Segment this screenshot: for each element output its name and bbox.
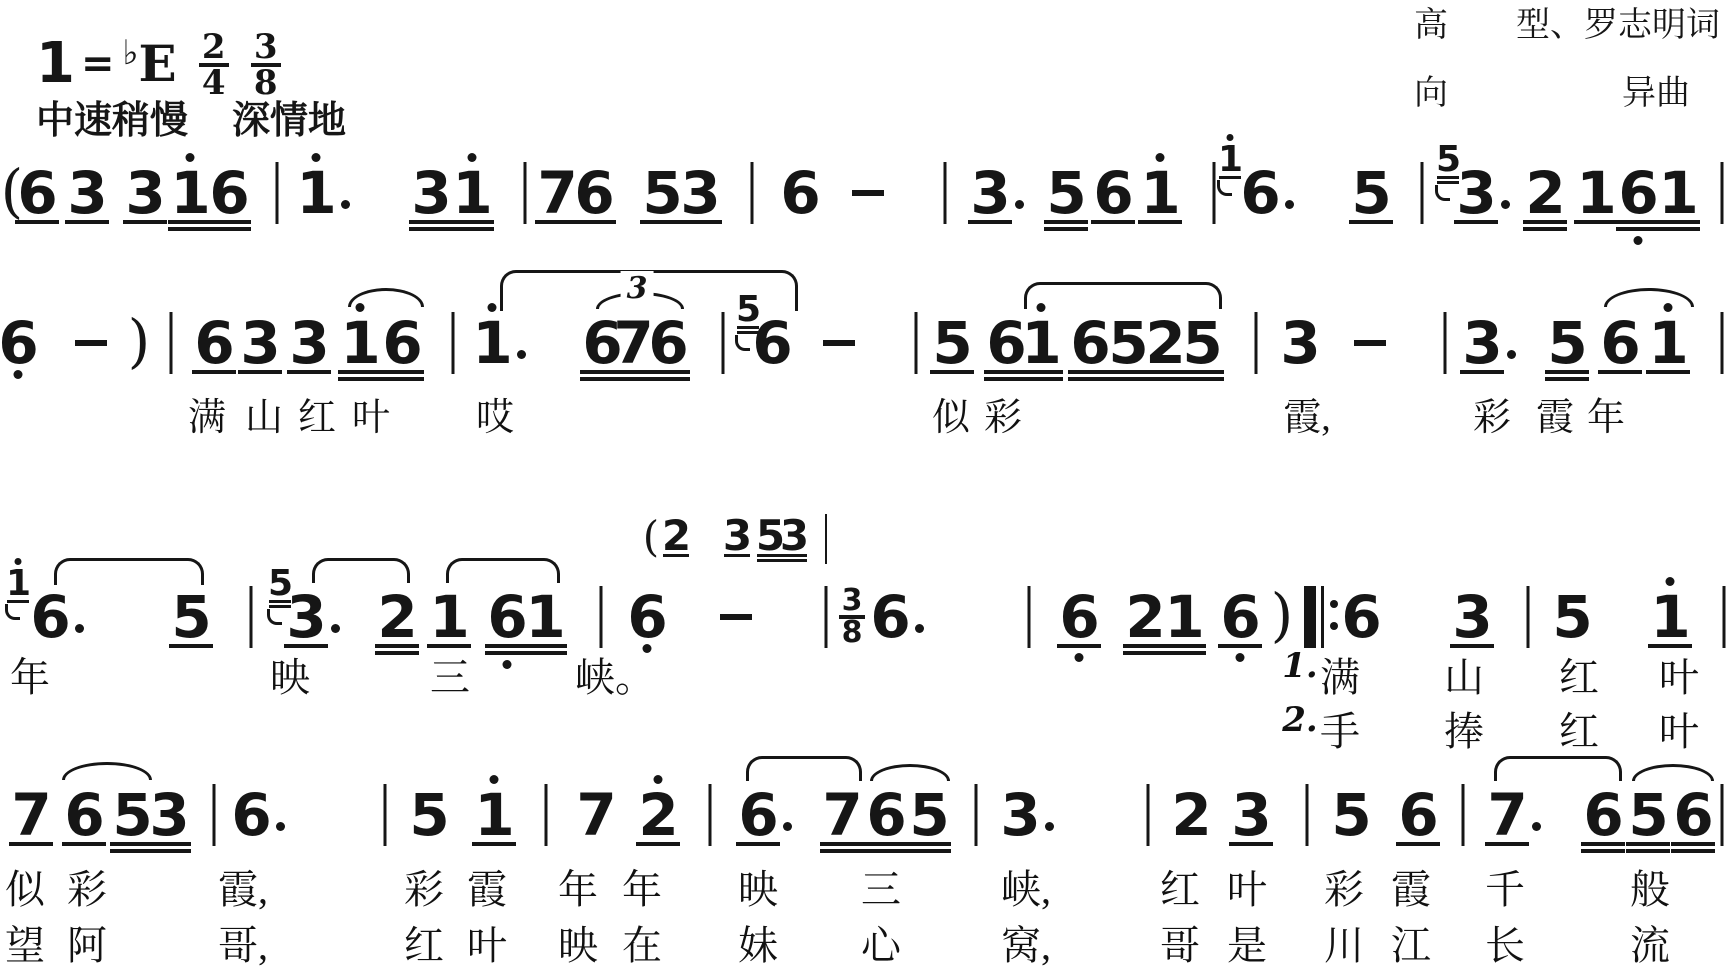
slur bbox=[1604, 288, 1694, 307]
lyric-syllable: 叶 bbox=[467, 914, 507, 968]
note: 6 bbox=[644, 318, 692, 381]
lyrics-row: 似彩霞,彩霞年年映三峡,红叶彩霞千般 bbox=[0, 858, 1726, 902]
note: 1 bbox=[1136, 168, 1184, 224]
note: 6 bbox=[227, 790, 275, 838]
note: 6 bbox=[26, 592, 74, 640]
augmentation-dot bbox=[1045, 822, 1054, 831]
lyric-syllable: 似 bbox=[932, 386, 970, 441]
octave-dot-high bbox=[654, 775, 663, 784]
cue-note: 3 bbox=[719, 518, 755, 557]
time-sig-part: 3 bbox=[839, 588, 865, 614]
note: 5 bbox=[928, 318, 976, 374]
note-digit: 6 bbox=[776, 168, 824, 216]
octave-dot-high bbox=[488, 303, 497, 312]
note: 3 bbox=[1448, 592, 1496, 648]
lyric-syllable: 彩 bbox=[1324, 858, 1364, 915]
note: 1 bbox=[1646, 592, 1694, 648]
note-digit: 6 bbox=[1337, 592, 1385, 640]
meter-denominator: 4 bbox=[199, 68, 229, 98]
note-digit: 3 bbox=[1276, 318, 1324, 366]
octave-dot-high bbox=[15, 558, 22, 565]
duration-underline bbox=[1523, 227, 1567, 231]
note: 5 bbox=[1042, 168, 1090, 231]
note-digit: 3 bbox=[719, 518, 755, 552]
note: 6 bbox=[734, 790, 782, 846]
note: 6 bbox=[862, 790, 910, 853]
note: 3 bbox=[282, 592, 330, 648]
lyric-syllable: 三 bbox=[861, 858, 901, 915]
note-digit: 3 bbox=[282, 592, 330, 640]
note: 3 bbox=[1276, 318, 1324, 366]
slur bbox=[1024, 282, 1222, 309]
lyric-syllable: 哥, bbox=[218, 914, 268, 968]
lyric-syllable: 满 bbox=[1320, 646, 1360, 703]
barline bbox=[524, 162, 527, 224]
lyric-syllable: 长 bbox=[1485, 914, 1525, 968]
note-digit: 3 bbox=[676, 168, 724, 216]
note: 6 bbox=[13, 168, 61, 224]
half-note-dash bbox=[823, 340, 855, 346]
duration-underline bbox=[1180, 377, 1224, 381]
note-digit: 3 bbox=[1227, 790, 1275, 838]
augmentation-dot bbox=[331, 624, 340, 633]
note-digit: 1 bbox=[470, 790, 518, 838]
note-digit: 6 bbox=[644, 318, 692, 366]
barline bbox=[276, 162, 279, 224]
note: 5 bbox=[1624, 790, 1672, 853]
lyric-syllable: 哥 bbox=[1160, 914, 1200, 968]
lyric-syllable: 霞, bbox=[1283, 386, 1331, 441]
note: 3 bbox=[996, 790, 1044, 838]
note-digit: 3 bbox=[145, 790, 193, 838]
lyric-syllable: 心 bbox=[861, 914, 901, 968]
note: 3 bbox=[676, 168, 724, 224]
close-paren: ) bbox=[128, 312, 151, 370]
lyric-syllable: 千 bbox=[1485, 858, 1525, 915]
augmentation-dot bbox=[517, 350, 526, 359]
time-signature-2-4: 24 bbox=[199, 32, 229, 98]
lyric-syllable: 阿 bbox=[67, 914, 107, 968]
barline bbox=[1255, 312, 1258, 374]
lyric-syllable: 年 bbox=[558, 858, 598, 915]
note-digit: 6 bbox=[1089, 168, 1137, 216]
lyric-syllable: 红 bbox=[1559, 700, 1599, 757]
grace-hook bbox=[1435, 185, 1450, 201]
lyric-syllable: 叶 bbox=[352, 386, 390, 441]
duration-underline bbox=[1019, 377, 1063, 381]
repeat-thick-bar bbox=[1304, 586, 1316, 648]
lyricist-credit: 型、罗志明词 bbox=[1516, 8, 1720, 44]
note: 6 bbox=[1394, 790, 1442, 846]
note-digit: 5 bbox=[1624, 790, 1672, 838]
repeat-begin-sign bbox=[1304, 586, 1338, 648]
barline bbox=[1721, 162, 1724, 224]
note-digit: 1 bbox=[1136, 168, 1184, 216]
duration-underline bbox=[338, 377, 382, 381]
lyric-syllable: 山 bbox=[245, 386, 283, 441]
note: 5 bbox=[1543, 318, 1591, 381]
time-signature-3-8: 38 bbox=[251, 32, 281, 98]
note-digit: 3 bbox=[63, 168, 111, 216]
note: 6 bbox=[623, 592, 671, 640]
note-digit: 1 bbox=[1654, 168, 1702, 216]
verse-number: 1. bbox=[1282, 646, 1318, 686]
lyric-syllable: 映 bbox=[558, 914, 598, 968]
grace-hook bbox=[1217, 180, 1232, 196]
note: 1 bbox=[470, 790, 518, 846]
barline bbox=[170, 312, 173, 374]
octave-dot-high bbox=[468, 153, 477, 162]
lyric-syllable: 红 bbox=[1160, 858, 1200, 915]
note-digit: 7 bbox=[1483, 790, 1531, 838]
note-digit: 1 bbox=[1646, 592, 1694, 640]
note-digit: 6 bbox=[748, 318, 796, 366]
cue-note: 2 bbox=[658, 518, 694, 557]
lyrics-row: 满山红叶哎似彩霞,彩霞年 bbox=[0, 386, 1726, 430]
note: 3 bbox=[121, 168, 169, 224]
slur bbox=[870, 764, 950, 781]
barline bbox=[250, 586, 253, 648]
barline bbox=[1306, 784, 1309, 846]
duration-underline bbox=[820, 849, 864, 853]
note: 3 bbox=[236, 318, 284, 374]
note-digit: 6 bbox=[1669, 790, 1717, 838]
note-digit: 5 bbox=[1347, 168, 1395, 216]
lyric-syllable: 红 bbox=[298, 386, 336, 441]
note: 6 bbox=[1089, 168, 1137, 224]
note: 5 bbox=[905, 790, 953, 853]
note: 5 bbox=[1548, 592, 1596, 640]
barline bbox=[722, 312, 725, 374]
lyric-syllable: 似 bbox=[5, 858, 45, 915]
duration-underline bbox=[907, 849, 951, 853]
note-digit: 6 bbox=[623, 592, 671, 640]
note: 6 bbox=[1579, 790, 1627, 853]
grace-hook bbox=[267, 609, 282, 625]
lyric-syllable: 流 bbox=[1630, 914, 1670, 968]
note-digit: 3 bbox=[966, 168, 1014, 216]
slur bbox=[348, 288, 424, 307]
note-digit: 6 bbox=[1579, 790, 1627, 838]
close-paren: ) bbox=[1271, 586, 1294, 644]
octave-dot-high bbox=[1156, 153, 1165, 162]
note-digit: 3 bbox=[236, 318, 284, 366]
note-digit: 2 bbox=[1521, 168, 1569, 216]
time-sig-part: 8 bbox=[839, 620, 865, 646]
slur bbox=[54, 558, 204, 585]
note: 6 bbox=[866, 592, 914, 640]
note-digit: 5 bbox=[1548, 592, 1596, 640]
lyric-syllable: 映 bbox=[270, 646, 310, 703]
lyric-syllable: 峡, bbox=[1001, 858, 1051, 915]
barline bbox=[975, 784, 978, 846]
duration-underline bbox=[147, 849, 191, 853]
barline bbox=[452, 312, 455, 374]
note-digit: 6 bbox=[0, 318, 42, 366]
note-digit: 2 bbox=[373, 592, 421, 640]
verse-number: 2. bbox=[1282, 700, 1318, 740]
barline bbox=[1721, 312, 1724, 374]
lyric-syllable: 彩 bbox=[404, 858, 444, 915]
octave-dot-high bbox=[1227, 134, 1234, 141]
half-note-dash bbox=[852, 190, 884, 196]
lyric-syllable: 叶 bbox=[1659, 646, 1699, 703]
octave-dot-low bbox=[14, 370, 23, 379]
note-digit: 6 bbox=[734, 790, 782, 838]
octave-dot-low bbox=[1634, 236, 1643, 245]
lyric-syllable: 手 bbox=[1320, 700, 1360, 757]
augmentation-dot bbox=[75, 624, 84, 633]
note-digit: 2 bbox=[658, 518, 694, 552]
lyric-syllable: 彩 bbox=[1473, 386, 1511, 441]
note-digit: 6 bbox=[26, 592, 74, 640]
note: 7 bbox=[818, 790, 866, 853]
augmentation-dot bbox=[783, 822, 792, 831]
slur bbox=[746, 756, 862, 781]
barline bbox=[545, 784, 548, 846]
sheet-music-page: 1=♭E2438 中速稍慢深情地 高 型、罗志明词 向 异曲 (63316131… bbox=[0, 0, 1726, 968]
barline bbox=[1723, 586, 1726, 648]
note: 1 bbox=[1572, 168, 1620, 224]
duration-underline bbox=[409, 227, 453, 231]
note: 6 bbox=[570, 168, 618, 224]
barline bbox=[709, 784, 712, 846]
note: 6 bbox=[1236, 168, 1284, 216]
lyric-syllable: 霞 bbox=[467, 858, 507, 915]
note: 5 bbox=[167, 592, 215, 648]
note-digit: 6 bbox=[1236, 168, 1284, 216]
note-digit: 2 bbox=[1167, 790, 1215, 838]
flat-icon: ♭ bbox=[122, 33, 138, 73]
note: 7 bbox=[1483, 790, 1531, 846]
slur bbox=[62, 762, 152, 780]
note-digit: 3 bbox=[1452, 168, 1500, 216]
note: 3 bbox=[1458, 318, 1506, 374]
meter-denominator: 8 bbox=[251, 68, 281, 98]
barline bbox=[825, 514, 827, 564]
note-digit: 6 bbox=[866, 592, 914, 640]
lyric-syllable: 霞, bbox=[218, 858, 268, 915]
barline bbox=[1444, 312, 1447, 374]
slur bbox=[1632, 764, 1714, 781]
note: 6 bbox=[1669, 790, 1717, 853]
lyric-syllable: 红 bbox=[404, 914, 444, 968]
note-digit: 1 bbox=[292, 168, 340, 216]
lyrics-row: 望阿哥,红叶映在妹心窝,哥是川江长流 bbox=[0, 914, 1726, 958]
slur bbox=[446, 558, 560, 583]
augmentation-dot bbox=[1501, 200, 1510, 209]
note-digit: 6 bbox=[190, 318, 238, 366]
note: 6 bbox=[378, 318, 426, 381]
note-digit: 7 bbox=[818, 790, 866, 838]
duration-underline bbox=[1671, 849, 1715, 853]
barline bbox=[915, 312, 918, 374]
lyric-syllable: 妹 bbox=[738, 914, 778, 968]
barline bbox=[1527, 586, 1530, 648]
note: 6 bbox=[205, 168, 253, 231]
note-digit: 1 bbox=[448, 168, 496, 216]
octave-dot-high bbox=[312, 153, 321, 162]
note-digit: 6 bbox=[205, 168, 253, 216]
note: 1 bbox=[1017, 318, 1065, 381]
duration-underline bbox=[207, 227, 251, 231]
augmentation-dot bbox=[341, 200, 350, 209]
lyric-syllable: 捧 bbox=[1444, 700, 1484, 757]
lyric-syllable: 是 bbox=[1227, 914, 1267, 968]
half-note-dash bbox=[1354, 340, 1386, 346]
barline bbox=[1421, 162, 1424, 224]
barline bbox=[944, 162, 947, 224]
duration-underline bbox=[1044, 227, 1088, 231]
note-digit: 5 bbox=[905, 790, 953, 838]
note-digit: 6 bbox=[1216, 592, 1264, 640]
note: 5 bbox=[1178, 318, 1226, 381]
note-digit: 6 bbox=[1394, 790, 1442, 838]
augmentation-dot bbox=[1507, 350, 1516, 359]
barline bbox=[600, 586, 603, 648]
composer-surname: 向 bbox=[1414, 76, 1448, 112]
duration-underline bbox=[450, 227, 494, 231]
note: 3 bbox=[285, 318, 333, 374]
barline bbox=[1147, 784, 1150, 846]
note: 5 bbox=[1347, 168, 1395, 224]
note: 1 bbox=[425, 592, 473, 648]
lyric-syllable: 三 bbox=[430, 646, 470, 703]
note-digit: 5 bbox=[1543, 318, 1591, 366]
note-digit: 3 bbox=[121, 168, 169, 216]
tempo-marking: 中速稍慢深情地 bbox=[36, 100, 346, 140]
note-digit: 6 bbox=[570, 168, 618, 216]
note-digit: 7 bbox=[7, 790, 55, 838]
note: 5 bbox=[1327, 790, 1375, 838]
equals-sign: = bbox=[81, 41, 115, 87]
lyric-syllable: 窝, bbox=[1001, 914, 1051, 968]
lyrics-row: 年映三峡。1.满山红叶 bbox=[0, 646, 1726, 690]
half-note-dash bbox=[720, 614, 752, 620]
note-digit: 6 bbox=[862, 790, 910, 838]
duration-underline bbox=[864, 849, 908, 853]
lyric-syllable: 叶 bbox=[1227, 858, 1267, 915]
note-digit: 5 bbox=[167, 592, 215, 640]
note: 6 bbox=[776, 168, 824, 216]
note-digit: 1 bbox=[468, 318, 516, 366]
barline bbox=[1462, 784, 1465, 846]
note-digit: 3 bbox=[1458, 318, 1506, 366]
note-digit: 7 bbox=[572, 790, 620, 838]
note: 1 bbox=[336, 318, 384, 381]
cue-note: 3 bbox=[776, 518, 812, 562]
note-digit: 1 bbox=[336, 318, 384, 366]
duration-underline bbox=[1545, 377, 1589, 381]
notation-system: (63316131765363561165532161 bbox=[0, 168, 1726, 248]
note: 1 bbox=[448, 168, 496, 231]
lyric-syllable: 哎 bbox=[476, 386, 514, 441]
barline bbox=[1721, 784, 1724, 846]
lyric-syllable: 霞 bbox=[1536, 386, 1574, 441]
augmentation-dot bbox=[1532, 822, 1541, 831]
duration-underline bbox=[1626, 849, 1670, 853]
octave-dot-high bbox=[1666, 577, 1675, 586]
half-note-dash bbox=[75, 340, 107, 346]
note-digit: 6 bbox=[378, 318, 426, 366]
meter-numerator: 3 bbox=[251, 32, 281, 62]
note: 6 bbox=[0, 318, 42, 366]
note-digit: 1 bbox=[1017, 318, 1065, 366]
note: 3 bbox=[966, 168, 1014, 224]
lyric-syllable: 山 bbox=[1444, 646, 1484, 703]
note-digit: 3 bbox=[1448, 592, 1496, 640]
note: 3 bbox=[1452, 168, 1500, 224]
lyricist-surname: 高 bbox=[1414, 8, 1448, 44]
lyric-syllable: 望 bbox=[5, 914, 45, 968]
barline bbox=[751, 162, 754, 224]
note-digit: 5 bbox=[1042, 168, 1090, 216]
note-digit: 5 bbox=[1178, 318, 1226, 366]
augmentation-dot bbox=[1015, 200, 1024, 209]
key-letter: E bbox=[139, 34, 177, 93]
barline bbox=[1028, 586, 1031, 648]
lyrics-row: 2.手捧红叶 bbox=[0, 700, 1726, 744]
composer-credit: 异曲 bbox=[1622, 76, 1690, 112]
note-digit: 5 bbox=[405, 790, 453, 838]
note: 7 bbox=[7, 790, 55, 846]
slur bbox=[1494, 756, 1622, 781]
barline bbox=[213, 784, 216, 846]
octave-dot-high bbox=[490, 775, 499, 784]
duration-underline bbox=[646, 377, 690, 381]
note: 6 bbox=[60, 790, 108, 846]
note: 3 bbox=[63, 168, 111, 224]
note: 1 bbox=[1654, 168, 1702, 231]
note-digit: 2 bbox=[634, 790, 682, 838]
note-digit: 6 bbox=[60, 790, 108, 838]
note: 1 bbox=[1644, 318, 1692, 374]
octave-dot-high bbox=[186, 153, 195, 162]
lyric-syllable: 彩 bbox=[67, 858, 107, 915]
augmentation-dot bbox=[1285, 200, 1294, 209]
note: 6 bbox=[748, 318, 796, 366]
note-digit: 6 bbox=[13, 168, 61, 216]
note: 3 bbox=[1227, 790, 1275, 846]
lyric-syllable: 峡。 bbox=[575, 646, 655, 703]
slur bbox=[312, 558, 410, 583]
augmentation-dot bbox=[276, 822, 285, 831]
duration-underline bbox=[1581, 849, 1625, 853]
note: 6 bbox=[1216, 592, 1264, 648]
note: 3 bbox=[145, 790, 193, 853]
note: 6 bbox=[1337, 592, 1385, 640]
open-paren: ( bbox=[643, 516, 659, 558]
note-digit: 6 bbox=[1055, 592, 1103, 640]
barline bbox=[825, 586, 828, 648]
tuplet-number: 3 bbox=[621, 271, 654, 306]
note-digit: 1 bbox=[1160, 592, 1208, 640]
lyric-syllable: 年 bbox=[622, 858, 662, 915]
note-digit: 5 bbox=[1327, 790, 1375, 838]
lyric-syllable: 满 bbox=[188, 386, 226, 441]
lyric-syllable: 红 bbox=[1559, 646, 1599, 703]
note: 1 bbox=[468, 318, 516, 366]
key-signature: 1=♭E2438 bbox=[36, 38, 281, 98]
duration-underline bbox=[1656, 227, 1700, 231]
grace-hook bbox=[5, 604, 20, 620]
note-digit: 5 bbox=[928, 318, 976, 366]
duration-underline bbox=[380, 377, 424, 381]
tempo-expression: 深情地 bbox=[232, 98, 346, 142]
meter-numerator: 2 bbox=[199, 32, 229, 62]
repeat-thin-bar bbox=[1321, 586, 1324, 648]
note-digit: 1 bbox=[425, 592, 473, 640]
